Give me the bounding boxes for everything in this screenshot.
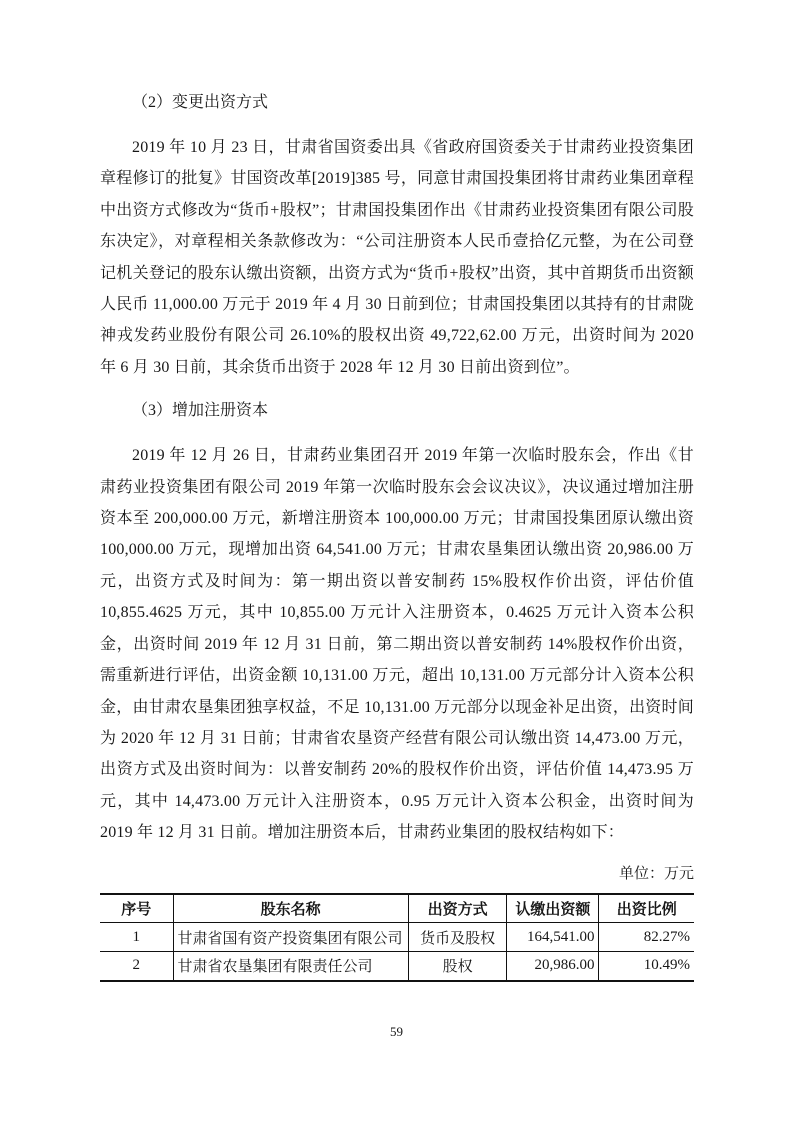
document-page: （2）变更出资方式 2019 年 10 月 23 日，甘肃省国资委出具《省政府国…: [0, 0, 793, 1122]
header-amount: 认缴出资额: [507, 894, 599, 923]
header-ratio: 出资比例: [599, 894, 694, 923]
cell-index: 2: [100, 952, 173, 981]
cell-method: 股权: [408, 952, 507, 981]
cell-ratio: 82.27%: [599, 923, 694, 952]
header-index: 序号: [100, 894, 173, 923]
heading-change-contribution-method: （2）变更出资方式: [100, 88, 694, 118]
table-header-row: 序号 股东名称 出资方式 认缴出资额 出资比例: [100, 894, 694, 923]
cell-amount: 20,986.00: [507, 952, 599, 981]
cell-amount: 164,541.00: [507, 923, 599, 952]
cell-shareholder: 甘肃省农垦集团有限责任公司: [173, 952, 408, 981]
page-number: 59: [0, 1024, 793, 1040]
cell-shareholder: 甘肃省国有资产投资集团有限公司: [173, 923, 408, 952]
shareholder-structure-table: 序号 股东名称 出资方式 认缴出资额 出资比例 1 甘肃省国有资产投资集团有限公…: [100, 893, 694, 982]
paragraph-increase-registered-capital: 2019 年 12 月 26 日，甘肃药业集团召开 2019 年第一次临时股东会…: [100, 440, 694, 848]
cell-index: 1: [100, 923, 173, 952]
table-unit-label: 单位：万元: [100, 862, 694, 886]
heading-increase-registered-capital: （3）增加注册资本: [100, 396, 694, 426]
document-content: （2）变更出资方式 2019 年 10 月 23 日，甘肃省国资委出具《省政府国…: [100, 88, 694, 982]
paragraph-change-contribution-method: 2019 年 10 月 23 日，甘肃省国资委出具《省政府国资委关于甘肃药业投资…: [100, 132, 694, 383]
table-row: 2 甘肃省农垦集团有限责任公司 股权 20,986.00 10.49%: [100, 952, 694, 981]
header-shareholder: 股东名称: [173, 894, 408, 923]
table-row: 1 甘肃省国有资产投资集团有限公司 货币及股权 164,541.00 82.27…: [100, 923, 694, 952]
header-method: 出资方式: [408, 894, 507, 923]
cell-ratio: 10.49%: [599, 952, 694, 981]
cell-method: 货币及股权: [408, 923, 507, 952]
